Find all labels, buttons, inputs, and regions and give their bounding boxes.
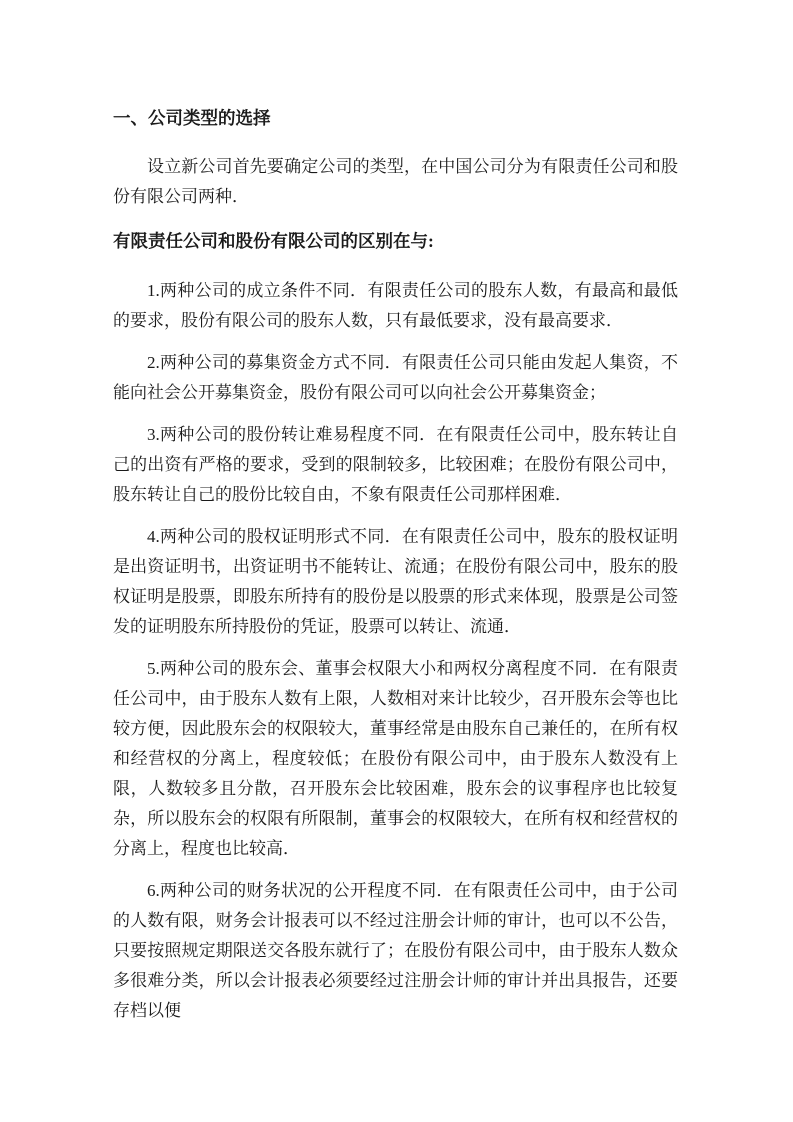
section-heading: 一、公司类型的选择 xyxy=(113,103,678,133)
difference-item-1: 1.两种公司的成立条件不同．有限责任公司的股东人数，有最高和最低的要求，股份有限… xyxy=(113,276,678,336)
intro-paragraph: 设立新公司首先要确定公司的类型，在中国公司分为有限责任公司和股份有限公司两种． xyxy=(113,152,678,212)
difference-item-3: 3.两种公司的股份转让难易程度不同．在有限责任公司中，股东转让自己的出资有严格的… xyxy=(113,420,678,510)
difference-item-6: 6.两种公司的财务状况的公开程度不同．在有限责任公司中，由于公司的人数有限，财务… xyxy=(113,876,678,1026)
difference-item-5: 5.两种公司的股东会、董事会权限大小和两权分离程度不同．在有限责任公司中，由于股… xyxy=(113,654,678,864)
difference-item-2: 2.两种公司的募集资金方式不同．有限责任公司只能由发起人集资，不能向社会公开募集… xyxy=(113,348,678,408)
difference-item-4: 4.两种公司的股权证明形式不同．在有限责任公司中，股东的股权证明是出资证明书，出… xyxy=(113,522,678,642)
differences-subheading: 有限责任公司和股份有限公司的区别在与: xyxy=(113,226,678,256)
document-page: 一、公司类型的选择 设立新公司首先要确定公司的类型，在中国公司分为有限责任公司和… xyxy=(0,0,793,1122)
document-content: 一、公司类型的选择 设立新公司首先要确定公司的类型，在中国公司分为有限责任公司和… xyxy=(113,103,678,1038)
